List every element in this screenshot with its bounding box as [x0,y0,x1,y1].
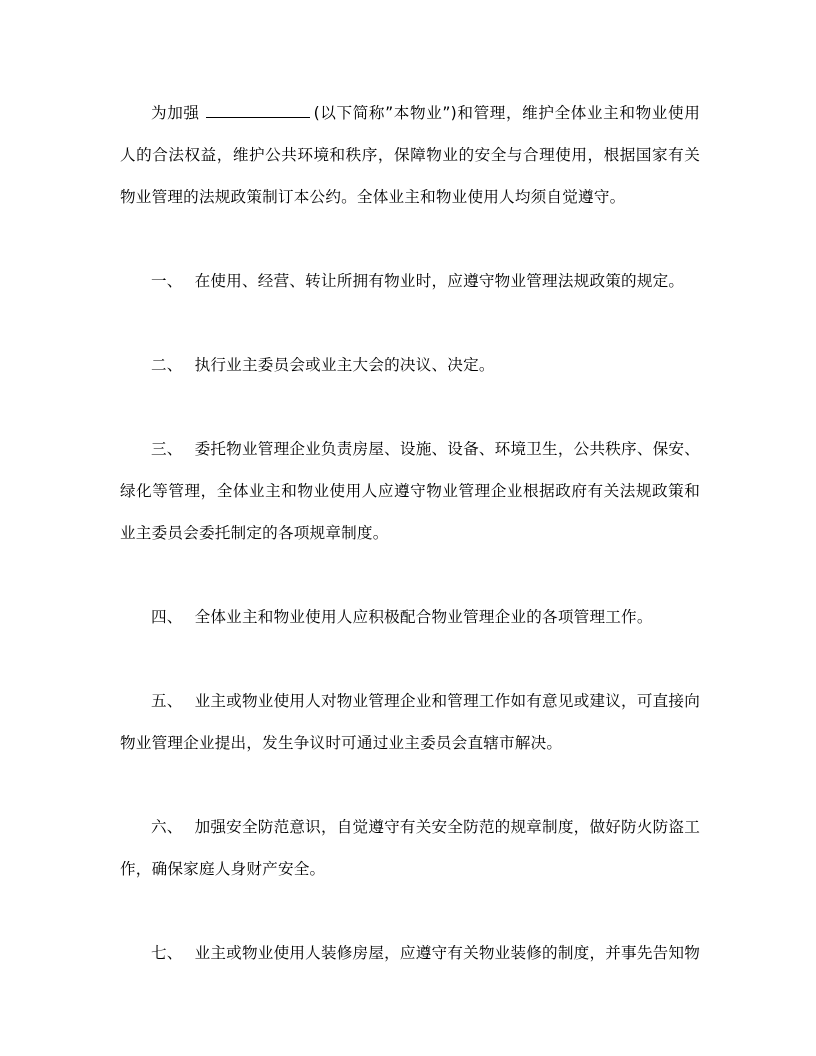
clause-text: 业主或物业使用人装修房屋，应遵守有关物业装修的制度，并事先告知物 [195,944,700,962]
clause-number: 七、 [151,944,183,962]
clause-1: 一、在使用、经营、转让所拥有物业时，应遵守物业管理法规政策的规定。 [120,260,700,302]
clause-number: 三、 [151,440,183,458]
intro-paragraph: 为加强(以下简称”本物业”)和管理，维护全体业主和物业使用人的合法权益，维护公共… [120,92,700,218]
document-page: 为加强(以下简称”本物业”)和管理，维护全体业主和物业使用人的合法权益，维护公共… [120,92,700,974]
clause-text: 全体业主和物业使用人应积极配合物业管理企业的各项管理工作。 [195,608,653,626]
clause-5: 五、业主或物业使用人对物业管理企业和管理工作如有意见或建议，可直接向物业管理企业… [120,680,700,764]
clause-number: 一、 [151,272,183,290]
clause-number: 六、 [151,818,183,836]
clause-text: 业主或物业使用人对物业管理企业和管理工作如有意见或建议，可直接向物业管理企业提出… [120,692,700,752]
intro-text: (以下简称”本物业”)和管理，维护全体业主和物业使用人的合法权益，维护公共环境和… [120,104,700,206]
clause-number: 二、 [151,356,183,374]
clause-2: 二、执行业主委员会或业主大会的决议、决定。 [120,344,700,386]
clause-text: 在使用、经营、转让所拥有物业时，应遵守物业管理法规政策的规定。 [195,272,685,290]
clause-4: 四、全体业主和物业使用人应积极配合物业管理企业的各项管理工作。 [120,596,700,638]
clause-3: 三、委托物业管理企业负责房屋、设施、设备、环境卫生，公共秩序、保安、绿化等管理，… [120,428,700,554]
clause-text: 执行业主委员会或业主大会的决议、决定。 [195,356,495,374]
clause-text: 加强安全防范意识，自觉遵守有关安全防范的规章制度，做好防火防盗工作，确保家庭人身… [120,818,700,878]
clause-6: 六、加强安全防范意识，自觉遵守有关安全防范的规章制度，做好防火防盗工作，确保家庭… [120,806,700,890]
clause-number: 四、 [151,608,183,626]
clause-text: 委托物业管理企业负责房屋、设施、设备、环境卫生，公共秩序、保安、绿化等管理，全体… [120,440,700,542]
clause-number: 五、 [151,692,183,710]
clause-7: 七、业主或物业使用人装修房屋，应遵守有关物业装修的制度，并事先告知物 [120,932,700,974]
intro-before-blank: 为加强 [151,104,200,122]
fill-in-blank[interactable] [206,103,310,118]
